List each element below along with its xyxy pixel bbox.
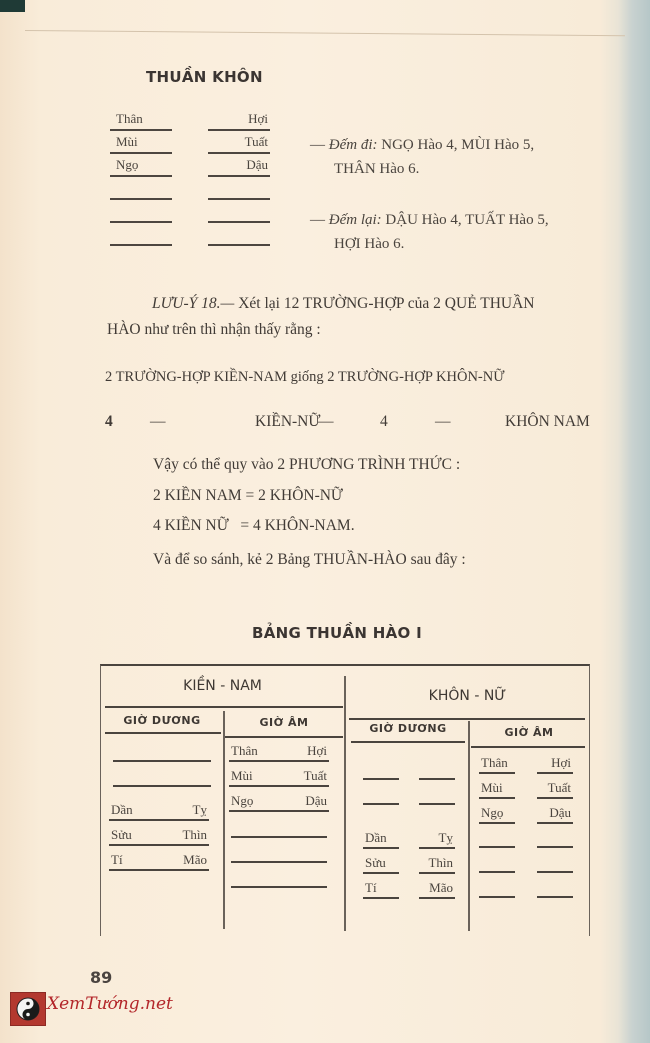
- hexagram-line: [110, 223, 172, 246]
- hexagram-line: Hợi: [208, 108, 270, 131]
- yin-line: [537, 846, 573, 848]
- table-row: Tuất: [537, 777, 573, 799]
- table-row: Thìn: [419, 852, 455, 874]
- table-row: Mão: [419, 877, 455, 899]
- hexagram-line: Mùi: [110, 131, 172, 154]
- conclusion-text: Vậy có thể quy vào 2 PHƯƠNG TRÌNH THỨC :: [153, 453, 603, 477]
- hexagram-line: Tuất: [208, 131, 270, 154]
- table-row: Dần: [363, 827, 399, 849]
- hexagram-line: [208, 177, 270, 200]
- watermark-text: XemTướng.net: [47, 994, 173, 1014]
- yin-line: [537, 896, 573, 898]
- table-row: Mùi: [479, 777, 515, 799]
- hexagram-line: Dậu: [208, 154, 270, 177]
- hexagram-line: [110, 177, 172, 200]
- group-divider: [344, 676, 346, 931]
- table-row: Thân: [479, 752, 515, 774]
- equation-2: 4 KIỀN NỮ = 4 KHÔN-NAM.: [153, 514, 603, 538]
- group-header-khon-nu: KHÔN - NỮ: [346, 688, 589, 704]
- yin-line: [479, 871, 515, 873]
- yin-line: [231, 836, 327, 838]
- section-title: THUẦN KHÔN: [146, 68, 263, 86]
- yin-yang-icon: [16, 997, 40, 1021]
- note-dem-di: — Đếm đi: NGỌ Hào 4, MÙI Hào 5, THÂN Hào…: [310, 133, 610, 181]
- yang-line: [419, 803, 455, 805]
- table-row: ThânHợi: [229, 740, 329, 762]
- subheader-gio-duong: GIỜ DƯƠNG: [103, 714, 221, 727]
- luu-y-paragraph: LƯU-Ý 18.— Xét lại 12 TRƯỜNG-HỢP của 2 Q…: [152, 292, 612, 316]
- table-title: BẢNG THUẦN HÀO I: [252, 624, 422, 642]
- hexagram-line: [208, 200, 270, 223]
- yang-line: [363, 778, 399, 780]
- table-row: NgọDậu: [229, 790, 329, 812]
- thuan-hao-table: KIỀN - NAM KHÔN - NỮ GIỜ DƯƠNG GIỜ ÂM GI…: [100, 664, 590, 936]
- scan-edge: [0, 0, 25, 12]
- yin-line: [479, 846, 515, 848]
- subheader-gio-am: GIỜ ÂM: [225, 716, 343, 729]
- rule: [349, 718, 585, 720]
- rule: [105, 706, 343, 708]
- equation-1: 2 KIỀN NAM = 2 KHÔN-NỮ: [153, 484, 603, 508]
- note-dem-lai: — Đếm lại: DẬU Hào 4, TUẤT Hào 5, HỢI Hà…: [310, 208, 610, 256]
- yang-line: [113, 760, 211, 762]
- hexagram-line: [208, 223, 270, 246]
- table-row: Tỵ: [419, 827, 455, 849]
- hexagram-line: Ngọ: [110, 154, 172, 177]
- table-row: MùiTuất: [229, 765, 329, 787]
- table-row: TíMão: [109, 849, 209, 871]
- column-divider: [223, 711, 225, 929]
- table-row: Hợi: [537, 752, 573, 774]
- group-header-kien-nam: KIỀN - NAM: [101, 678, 344, 694]
- subheader-gio-am: GIỜ ÂM: [470, 726, 588, 739]
- luu-y-line2: HÀO như trên thì nhận thấy rằng :: [107, 318, 607, 342]
- compare-line1: 2 TRƯỜNG-HỢP KIỀN-NAM giống 2 TRƯỜNG-HỢP…: [105, 365, 605, 389]
- yin-line: [479, 896, 515, 898]
- rule: [225, 736, 343, 738]
- column-divider: [468, 721, 470, 931]
- compare-line2: 4 — KIỀN-NỮ — 4 — KHÔN NAM: [105, 410, 600, 434]
- table-row: SửuThìn: [109, 824, 209, 846]
- yang-line: [113, 785, 211, 787]
- yin-line: [231, 886, 327, 888]
- table-row: Sửu: [363, 852, 399, 874]
- table-row: DầnTỵ: [109, 799, 209, 821]
- table-row: Ngọ: [479, 802, 515, 824]
- table-row: Tí: [363, 877, 399, 899]
- yang-line: [419, 778, 455, 780]
- yin-line: [231, 861, 327, 863]
- hexagram-right-column: Hợi Tuất Dậu: [208, 108, 270, 246]
- rule: [105, 732, 221, 734]
- hexagram-left-column: Thân Mùi Ngọ: [110, 108, 172, 246]
- hexagram-line: [110, 200, 172, 223]
- page-number: 89: [90, 968, 112, 987]
- subheader-gio-duong: GIỜ DƯƠNG: [349, 722, 467, 735]
- table-row: Dậu: [537, 802, 573, 824]
- yang-line: [363, 803, 399, 805]
- rule: [351, 741, 465, 743]
- yin-yang-logo: [10, 992, 46, 1026]
- closing-text: Và để so sánh, kẻ 2 Bảng THUẦN-HÀO sau đ…: [153, 548, 603, 572]
- yin-line: [537, 871, 573, 873]
- rule: [471, 746, 585, 748]
- hexagram-line: Thân: [110, 108, 172, 131]
